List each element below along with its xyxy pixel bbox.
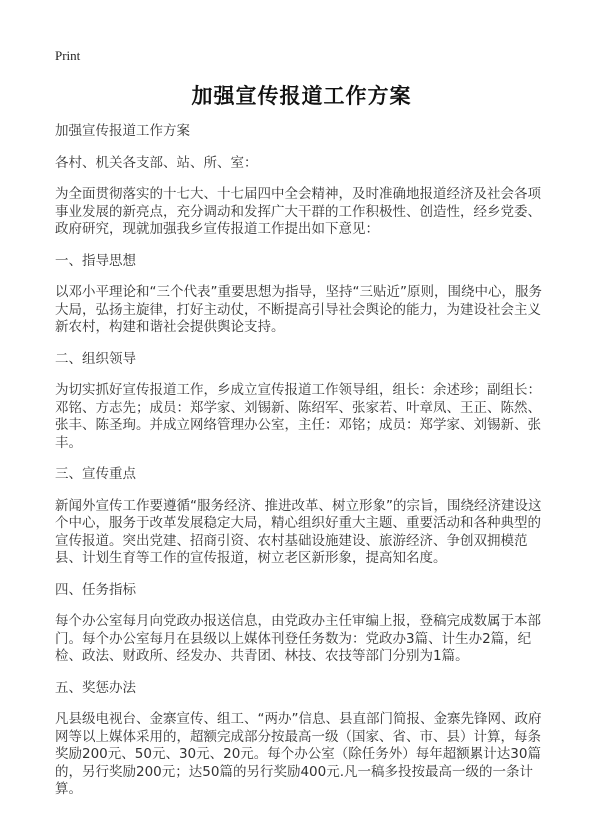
section-heading-1: 一、指导思想 bbox=[55, 253, 548, 271]
section-heading-4: 四、任务指标 bbox=[55, 582, 548, 600]
section-body-2: 为切实抓好宣传报道工作，乡成立宣传报道工作领导组，组长：余述珍；副组长：邓铭、方… bbox=[55, 382, 548, 452]
section-heading-2: 二、组织领导 bbox=[55, 351, 548, 369]
intro-paragraph: 为全面贯彻落实的十七大、十七届四中全会精神，及时准确地报道经济及社会各项事业发展… bbox=[55, 186, 548, 239]
print-link[interactable]: Print bbox=[55, 48, 80, 63]
section-heading-5: 五、奖惩办法 bbox=[55, 680, 548, 698]
section-body-3: 新闻外宣传工作要遵循“服务经济、推进改革、树立形象”的宗旨，围绕经济建设这个中心… bbox=[55, 498, 548, 568]
section-body-5: 凡县级电视台、金寨宣传、组工、“两办”信息、县直部门简报、金寨先锋网、政府网等以… bbox=[55, 711, 548, 799]
section-body-4: 每个办公室每月向党政办报送信息，由党政办主任审编上报，登稿完成数属于本部门。每个… bbox=[55, 613, 548, 666]
document-page: Print 加强宣传报道工作方案 加强宣传报道工作方案 各村、机关各支部、站、所… bbox=[0, 0, 600, 828]
section-body-1: 以邓小平理论和“三个代表”重要思想为指导，坚持“三贴近”原则，围绕中心，服务大局… bbox=[55, 284, 548, 337]
document-title: 加强宣传报道工作方案 bbox=[55, 84, 548, 109]
document-subtitle: 加强宣传报道工作方案 bbox=[55, 123, 548, 141]
salutation-line: 各村、机关各支部、站、所、室： bbox=[55, 155, 548, 173]
section-heading-3: 三、宣传重点 bbox=[55, 466, 548, 484]
